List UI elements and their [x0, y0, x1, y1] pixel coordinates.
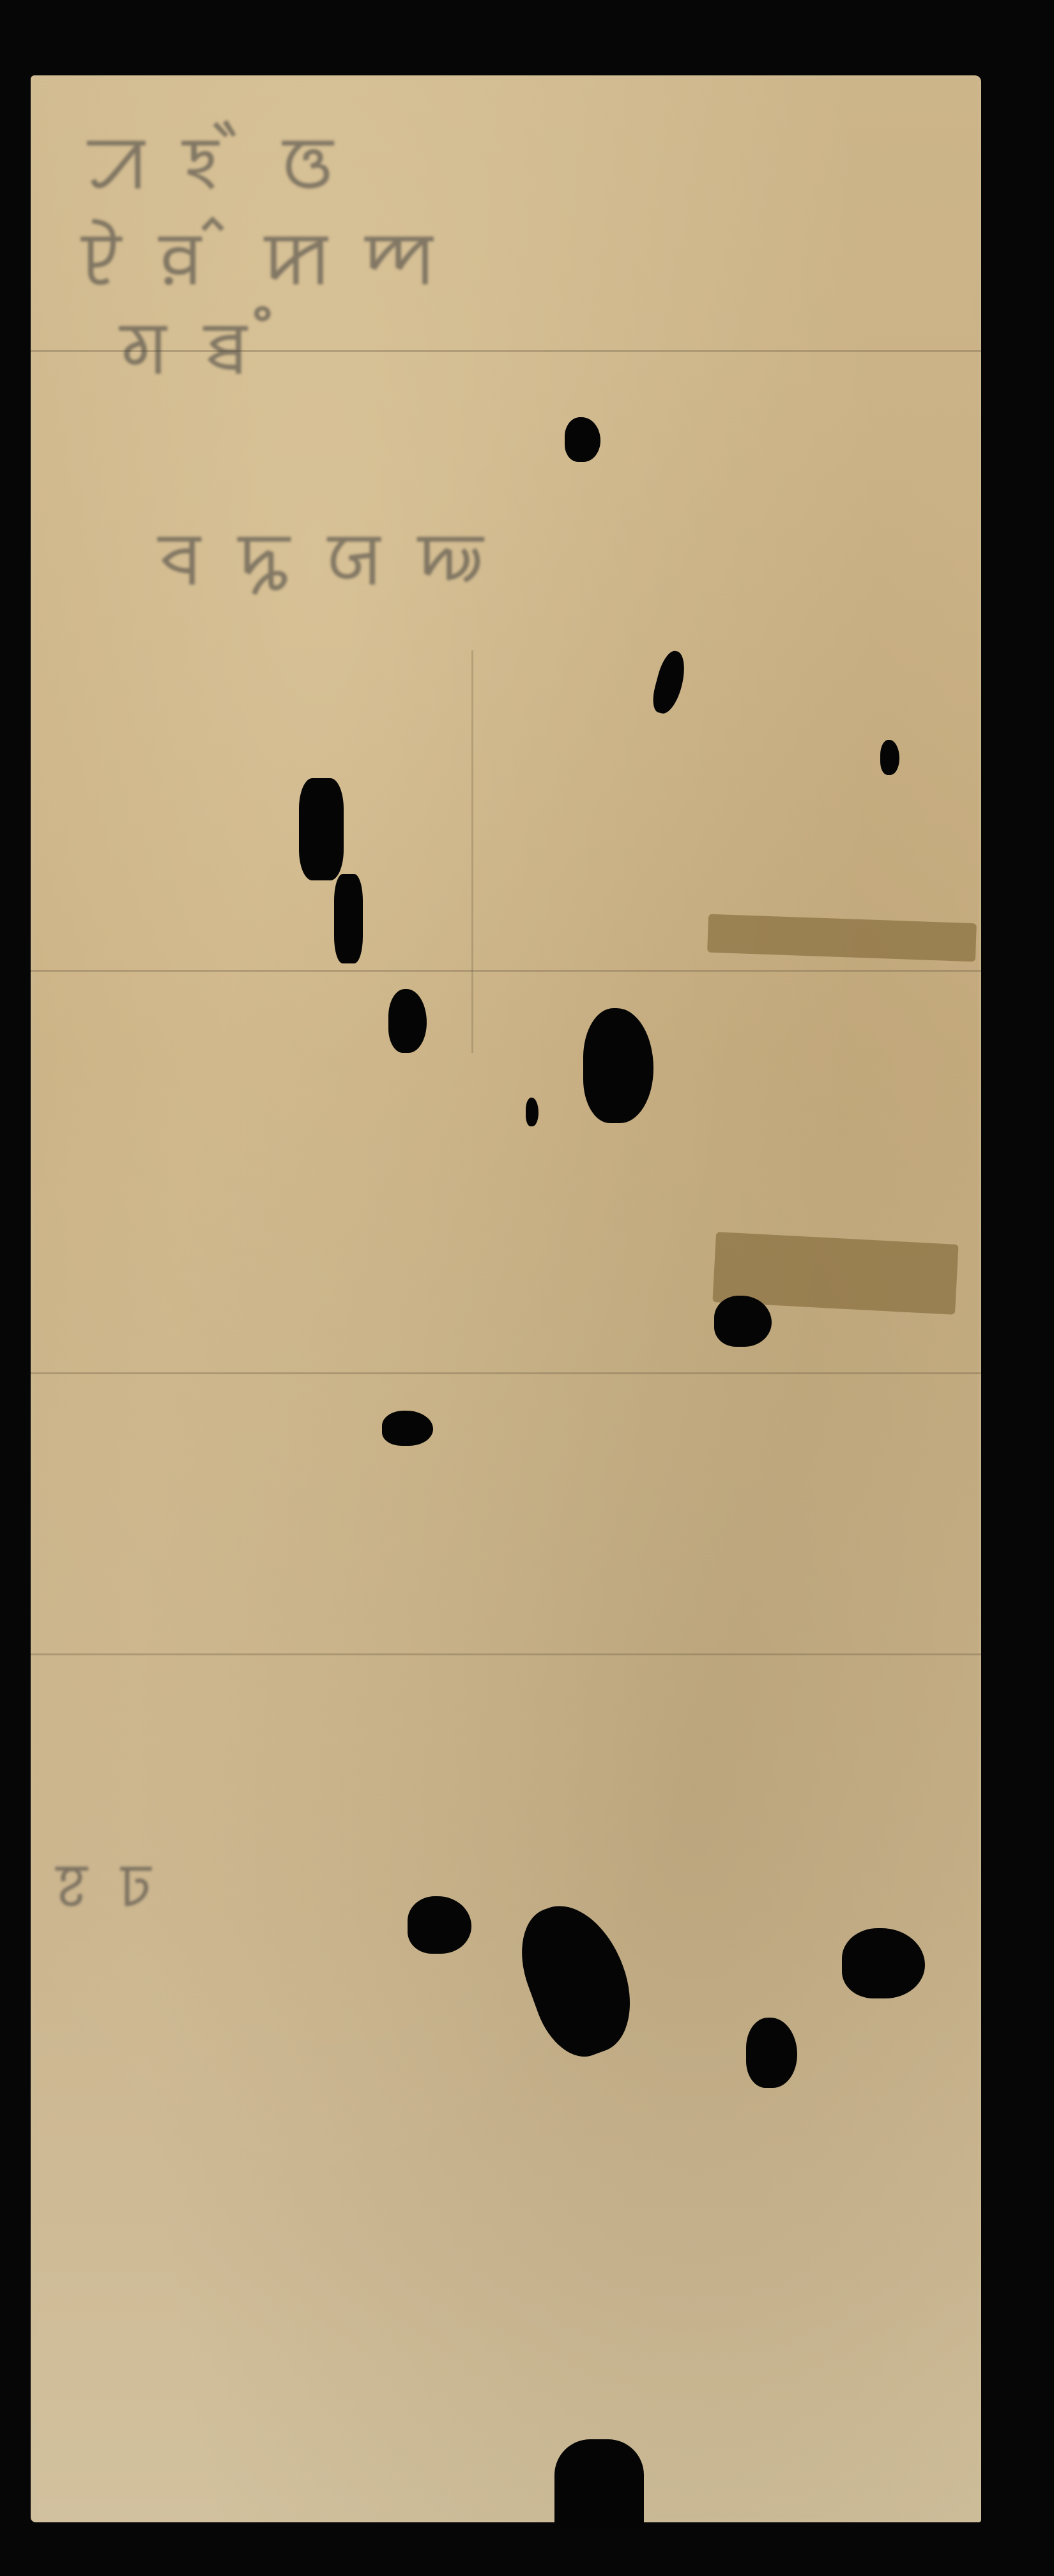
hole — [408, 1896, 471, 1954]
hole — [880, 740, 899, 775]
hole — [842, 1928, 925, 1998]
hole — [299, 778, 344, 880]
hole — [746, 2018, 797, 2088]
fold-line — [31, 1372, 981, 1374]
torn-edge — [554, 2439, 644, 2529]
ink-line: ꠌ ꠍ ꠎ ꠏ — [158, 510, 492, 606]
hole — [714, 1296, 772, 1347]
hole — [382, 1411, 433, 1446]
ink-line: ꠄ ꠅ ꠆ ꠇ ꠈ — [82, 210, 441, 305]
ink-line: ꠀ ꠁ ꠂ ꠃ — [88, 114, 341, 210]
fold-line — [31, 970, 981, 972]
fold-line — [31, 1653, 981, 1655]
ink-line: ꠐ ꠑ — [56, 1845, 159, 1923]
hole — [583, 1008, 653, 1123]
ink-line: ꠉ ꠊ ꠋ — [120, 299, 281, 395]
hole — [649, 648, 691, 717]
hole — [334, 874, 363, 963]
hole — [526, 1098, 538, 1126]
hole — [505, 1891, 648, 2068]
stain — [707, 914, 977, 962]
vertical-crease — [471, 650, 473, 1053]
manuscript-paper: ꠀ ꠁ ꠂ ꠃ ꠄ ꠅ ꠆ ꠇ ꠈ ꠉ ꠊ ꠋ ꠌ ꠍ ꠎ ꠏ ꠐ ꠑ — [31, 75, 981, 2522]
hole — [388, 989, 427, 1053]
hole — [565, 417, 600, 462]
